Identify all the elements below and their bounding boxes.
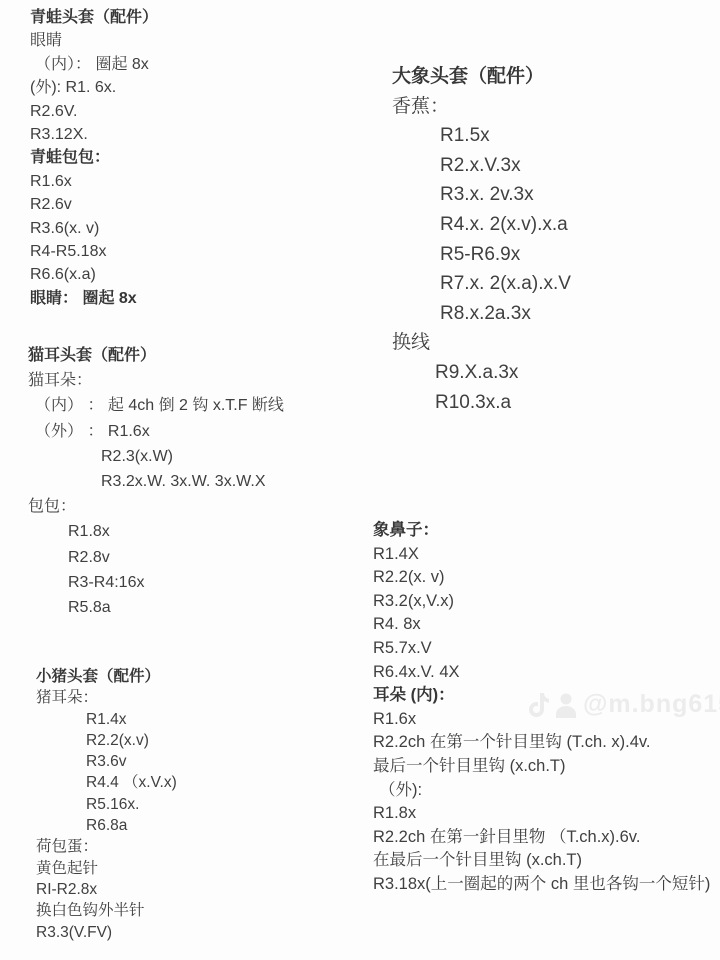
text-line: 香蕉： — [392, 92, 571, 122]
text-line: R2.6V. — [30, 100, 158, 123]
text-line: R6.8a — [36, 815, 177, 836]
text-line: R5-R6.9x — [392, 240, 571, 270]
elephant-trunk-ears-section: 象鼻子：R1.4XR2.2(x. v)R3.2(x,V.x)R4. 8xR5.7… — [373, 519, 710, 897]
text-line: R7.x. 2(x.a).x.V — [392, 269, 571, 299]
text-line: R3.2x.W. 3x.W. 3x.W.X — [28, 469, 284, 494]
text-line: R10.3x.a — [392, 388, 571, 418]
text-line: R1.8x — [373, 802, 710, 826]
text-line: 耳朵 (内)： — [373, 684, 710, 708]
text-line: R5.8a — [28, 595, 284, 620]
text-line: R3.3(V.FV) — [36, 922, 177, 943]
text-line: 猫耳头套（配件） — [28, 343, 284, 368]
text-line: R4-R5.18x — [30, 240, 158, 263]
text-line: 荷包蛋： — [36, 836, 177, 857]
pig-headgear-section: 小猪头套（配件）猪耳朵：R1.4xR2.2(x.v)R3.6vR4.4 （x.V… — [36, 666, 177, 943]
text-line: (外): R1. 6x. — [30, 76, 158, 99]
text-line: R1.5x — [392, 121, 571, 151]
text-line: R6.6(x.a) — [30, 263, 158, 286]
text-line: R3.6(x. v) — [30, 217, 158, 240]
text-line: R1.4x — [36, 709, 177, 730]
text-line: R9.X.a.3x — [392, 358, 571, 388]
text-line: R2.2(x.v) — [36, 730, 177, 751]
text-line: 眼睛 — [30, 29, 158, 52]
text-line: 在最后一个针目里钩 (x.ch.T) — [373, 849, 710, 873]
cat-ear-headgear-section: 猫耳头套（配件）猫耳朵：（内） ： 起 4ch 倒 2 钩 x.T.F 断线（外… — [28, 343, 284, 620]
text-line: 大象头套（配件） — [392, 62, 571, 92]
frog-headgear-section: 青蛙头套（配件）眼睛（内）： 圈起 8x(外): R1. 6x.R2.6V.R3… — [30, 6, 158, 310]
text-line: （内）： 圈起 8x — [30, 53, 158, 76]
text-line: R3.12X. — [30, 123, 158, 146]
text-line: R2.x.V.3x — [392, 151, 571, 181]
text-line: R6.4x.V. 4X — [373, 661, 710, 685]
text-line: 猪耳朵： — [36, 687, 177, 708]
text-line: R2.2ch 在第一針目里物 （T.ch.x).6v. — [373, 826, 710, 850]
text-line: R3-R4:16x — [28, 570, 284, 595]
text-line: R1.6x — [373, 708, 710, 732]
text-line: （内） ： 起 4ch 倒 2 钩 x.T.F 断线 — [28, 393, 284, 418]
text-line: R2.2ch 在第一个针目里钩 (T.ch. x).4v. — [373, 731, 710, 755]
text-line: R3.x. 2v.3x — [392, 180, 571, 210]
text-line: R4. 8x — [373, 613, 710, 637]
text-line: R2.2(x. v) — [373, 566, 710, 590]
text-line: R2.3(x.W) — [28, 444, 284, 469]
text-line: R3.18x(上一圈起的两个 ch 里也各钩一个短针) — [373, 873, 710, 897]
text-line: 换线 — [392, 328, 571, 358]
text-line: 包包： — [28, 494, 284, 519]
text-line: R8.x.2a.3x — [392, 299, 571, 329]
elephant-headgear-section: 大象头套（配件）香蕉：R1.5xR2.x.V.3xR3.x. 2v.3xR4.x… — [392, 62, 571, 417]
text-line: 黄色起针 — [36, 858, 177, 879]
document-page: @m.bng615 青蛙头套（配件）眼睛（内）： 圈起 8x(外): R1. 6… — [0, 0, 720, 960]
text-line: R3.6v — [36, 751, 177, 772]
text-line: 青蛙包包： — [30, 146, 158, 169]
text-line: R2.6v — [30, 193, 158, 216]
text-line: R1.8x — [28, 519, 284, 544]
text-line: 换白色钩外半针 — [36, 900, 177, 921]
text-line: （外): — [373, 779, 710, 803]
text-line: R1.4X — [373, 543, 710, 567]
text-line: R1.6x — [30, 170, 158, 193]
text-line: R5.7x.V — [373, 637, 710, 661]
text-line: R3.2(x,V.x) — [373, 590, 710, 614]
text-line: 眼睛： 圈起 8x — [30, 287, 158, 310]
text-line: 小猪头套（配件） — [36, 666, 177, 687]
text-line: R4.x. 2(x.v).x.a — [392, 210, 571, 240]
text-line: RI-R2.8x — [36, 879, 177, 900]
text-line: 青蛙头套（配件） — [30, 6, 158, 29]
text-line: 猫耳朵： — [28, 368, 284, 393]
text-line: 最后一个针目里钩 (x.ch.T) — [373, 755, 710, 779]
text-line: 象鼻子： — [373, 519, 710, 543]
text-line: R5.16x. — [36, 794, 177, 815]
text-line: R2.8v — [28, 545, 284, 570]
text-line: （外） ： R1.6x — [28, 419, 284, 444]
text-line: R4.4 （x.V.x) — [36, 772, 177, 793]
